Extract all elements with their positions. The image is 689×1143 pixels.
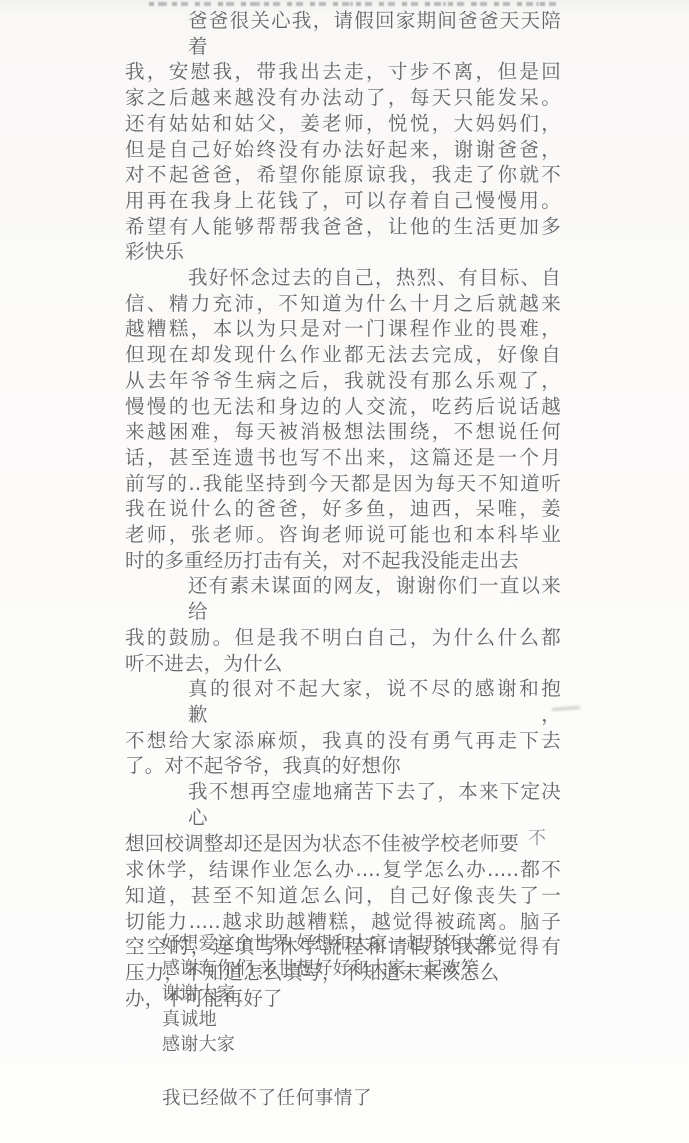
letter-line: 来越困难，每天被消极想法围绕，不想说任何 (125, 419, 561, 445)
letter-line: 我不想再空虚地痛苦下去了，本来下定决心 (125, 779, 561, 830)
letter-line: 爸爸很关心我，请假回家期间爸爸天天陪着 (125, 8, 561, 59)
letter-line: 从去年爷爷生病之后，我就没有那么乐观了， (125, 368, 561, 394)
letter-line: 慢慢的也无法和身边的人交流，吃药后说话越 (125, 394, 561, 420)
clipped-text-top-row (149, 1, 557, 7)
inserted-char-annotation: 不 (528, 826, 546, 852)
letter-line: 我在说什么的爸爸，好多鱼，迪西，呆唯，姜 (125, 496, 561, 522)
letter-body: 爸爸很关心我，请假回家期间爸爸天天陪着我，安慰我，带我出去走，寸步不离，但是回家… (125, 8, 561, 1011)
letter-line: 老师，张老师。咨询老师说可能也和本科毕业 (125, 522, 561, 548)
letter-line: 时的多重经历打击有关，对不起我没能走出去 (125, 548, 561, 574)
letter-line: 信、精力充沛，不知道为什么十月之后就越来 (125, 291, 561, 317)
letter-line: 希望有人能够帮帮我爸爸，让他的生活更加多 (125, 214, 561, 240)
letter-line: 不想给大家添麻烦，我真的没有勇气再走下去 (125, 728, 561, 754)
letter-line: 求休学，结课作业怎么办....复学怎么办.....都不 (125, 857, 561, 883)
closing-line: 好想爱这个世界 好想和大家一起开怀大笑 (162, 931, 497, 956)
closing-line: 谢谢大家 (162, 981, 497, 1006)
letter-line: 还有素未谋面的网友，谢谢你们一直以来给 (125, 573, 561, 624)
letter-line: 越糟糕，本以为只是对一门课程作业的畏难， (125, 316, 561, 342)
letter-line: 用再在我身上花钱了，可以存着自己慢慢用。 (125, 188, 561, 214)
letter-final-line: 我已经做不了任何事情了 (162, 1086, 372, 1111)
closing-line: 感谢有你们 来世想好好和大家一起欢笑 (162, 956, 497, 981)
letter-line: 前写的..我能坚持到今天都是因为每天不知道听 (125, 471, 561, 497)
letter-closing: 好想爱这个世界 好想和大家一起开怀大笑感谢有你们 来世想好好和大家一起欢笑谢谢大… (162, 931, 497, 1057)
letter-line: 但是自己好始终没有办法好起来，谢谢爸爸， (125, 137, 561, 163)
letter-line: 对不起爸爸，希望你能原谅我，我走了你就不 (125, 162, 561, 188)
letter-line: 了。对不起爷爷，我真的好想你 (125, 753, 561, 779)
letter-line: 我的鼓励。但是我不明白自己，为什么什么都 (125, 625, 561, 651)
letter-photo: 爸爸很关心我，请假回家期间爸爸天天陪着我，安慰我，带我出去走，寸步不离，但是回家… (0, 0, 689, 1143)
letter-line: 我好怀念过去的自己，热烈、有目标、自 (125, 265, 561, 291)
closing-line: 真诚地 (162, 1007, 497, 1032)
letter-line: 还有姑姑和姑父，姜老师，悦悦，大妈妈们， (125, 111, 561, 137)
letter-line: 话，甚至连遗书也写不出来，这篇还是一个月 (125, 445, 561, 471)
letter-line: 家之后越来越没有办法动了，每天只能发呆。 (125, 85, 561, 111)
letter-line: 真的很对不起大家，说不尽的感谢和抱歉， (125, 676, 561, 727)
letter-line: 我，安慰我，带我出去走，寸步不离，但是回 (125, 59, 561, 85)
letter-line: 听不进去，为什么 (125, 651, 561, 677)
photo-artifact-dash (552, 706, 580, 711)
letter-line: 但现在却发现什么作业都无法去完成，好像自 (125, 342, 561, 368)
clipped-glyph-fragments (149, 2, 557, 6)
closing-line: 感谢大家 (162, 1032, 497, 1057)
letter-line: 彩快乐 (125, 239, 561, 265)
letter-line: 知道，甚至不知道怎么问，自己好像丧失了一 (125, 883, 561, 909)
letter-line: 想回校调整却还是因为状态不佳被学校老师要不 (125, 831, 561, 858)
